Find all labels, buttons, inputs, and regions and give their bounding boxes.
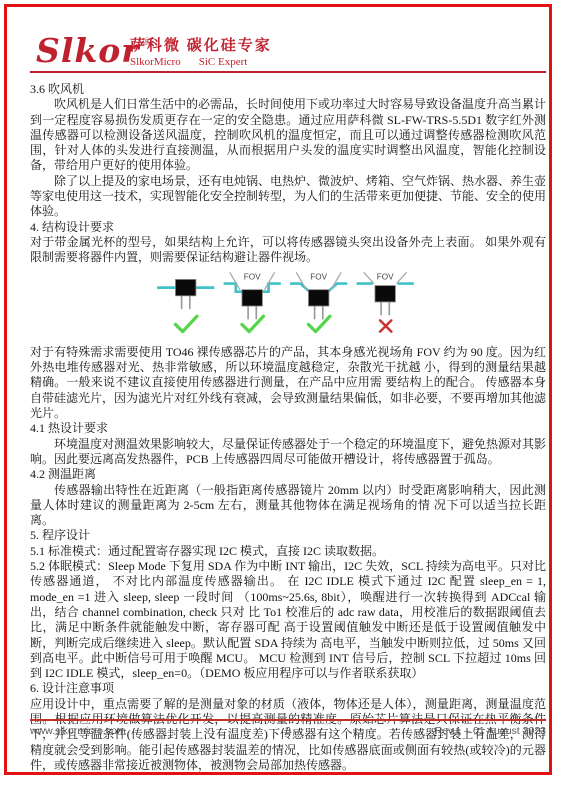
paragraph: 对于有特殊需求需要使用 TO46 裸传感器芯片的产品，其本身感光视场角 FOV … bbox=[30, 345, 546, 421]
diagram-stepped-recess-sensor: FOV bbox=[224, 272, 281, 331]
enclosure-surface bbox=[261, 283, 280, 291]
diagram-chamfered-recess-sensor: FOV bbox=[290, 272, 347, 331]
paragraph: 5.1 标准模式：通过配置寄存器实现 I2C 模式，直接 I2C 读取数据。 bbox=[30, 544, 546, 559]
footer: www.slkormicro.com 3 Rev.1 – 01 August 2… bbox=[30, 725, 546, 737]
fov-label: FOV bbox=[377, 272, 394, 281]
diagram-behind-aperture-sensor: FOV bbox=[357, 272, 414, 331]
brand-chinese: 萨科微 碳化硅专家 bbox=[130, 38, 272, 55]
paragraph: 吹风机是人们日常生活中的必需品，长时间使用下或功率过大时容易导致设备温度升高当累… bbox=[30, 97, 546, 173]
footer-website: www.slkormicro.com bbox=[30, 725, 285, 737]
sensor-body bbox=[242, 289, 262, 305]
sensor-body bbox=[175, 279, 195, 295]
paragraph: 对于带金属光杯的型号，如果结构上允许，可以将传感器镜头突出设备外壳上表面。 如果… bbox=[30, 235, 546, 266]
section-heading: 6. 设计注意事项 bbox=[30, 681, 546, 696]
brand-english: SlkorMicro bbox=[130, 55, 181, 69]
section-heading: 3.6 吹风机 bbox=[30, 82, 546, 97]
fov-ray bbox=[331, 272, 341, 289]
paragraph: 除了以上提及的家电场景，还有电炖锅、电热炉、微波炉、烤箱、空气炸锅、热水器、养生… bbox=[30, 174, 546, 220]
paragraph: 传感器输出特性在近距离（一般指距离传感器镜片 20mm 以内）时受距离影响稍大，… bbox=[30, 483, 546, 529]
brand-tagline: SiC Expert bbox=[199, 55, 248, 69]
section-heading: 5. 程序设计 bbox=[30, 528, 546, 543]
diagram-protruding-sensor bbox=[157, 279, 214, 331]
fov-ray bbox=[364, 272, 374, 283]
fov-label: FOV bbox=[310, 272, 327, 281]
footer-divider bbox=[30, 719, 546, 721]
sensor-mounting-figure: FOV FOV bbox=[30, 269, 546, 343]
document-body: 3.6 吹风机吹风机是人们日常生活中的必需品，长时间使用下或功率过大时容易导致设… bbox=[30, 82, 546, 773]
fov-label: FOV bbox=[244, 272, 261, 281]
brand-english-row: SlkorMicro SiC Expert bbox=[130, 55, 272, 69]
sensor-body bbox=[308, 289, 328, 305]
enclosure-surface bbox=[290, 283, 310, 291]
brand-text: 萨科微 碳化硅专家 SlkorMicro SiC Expert bbox=[130, 38, 272, 69]
sensor-mounting-diagram: FOV FOV bbox=[155, 269, 421, 339]
sensor-body bbox=[375, 285, 395, 301]
fov-ray bbox=[296, 272, 306, 289]
section-heading: 4.1 热设计要求 bbox=[30, 421, 546, 436]
section-heading: 4.2 测温距离 bbox=[30, 467, 546, 482]
fov-ray bbox=[396, 272, 406, 283]
paragraph: 5.2 体眠模式：Sleep Mode 下复用 SDA 作为中断 INT 输出，… bbox=[30, 559, 546, 681]
pass-check-icon bbox=[242, 316, 263, 331]
logo-wordmark: Slkor bbox=[36, 34, 140, 68]
paragraph: 环境温度对测温效果影响较大，尽量保证传感器处于一个稳定的环境温度下，避免热源对其… bbox=[30, 437, 546, 468]
section-heading: 4. 结构设计要求 bbox=[30, 220, 546, 235]
enclosure-surface bbox=[327, 283, 347, 291]
footer-revision: Rev.1 – 01 August 2023 bbox=[291, 725, 546, 737]
enclosure-surface bbox=[224, 283, 243, 291]
pass-check-icon bbox=[175, 316, 196, 331]
header-divider bbox=[30, 71, 546, 73]
pass-check-icon bbox=[308, 316, 329, 331]
